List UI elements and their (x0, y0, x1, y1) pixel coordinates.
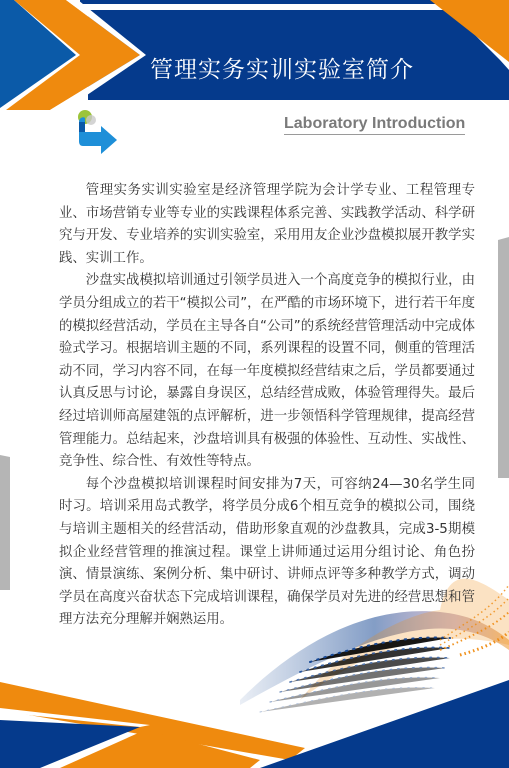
page-title: 管理实务实训实验室简介 (150, 50, 450, 90)
left-gray-bar (0, 455, 10, 590)
paragraph-1: 管理实务实训实验室是经济管理学院为会计学专业、工程管理专业、市场营销专业等专业的… (59, 180, 475, 270)
right-gray-bar (498, 237, 509, 478)
paragraph-3: 每个沙盘模拟培训课程时间安排为7天，可容纳24—30名学生同时习。培训采用岛式教… (59, 474, 475, 632)
arrow-turn-right-logo-icon (75, 108, 123, 156)
paragraph-2: 沙盘实战模拟培训通过引领学员进入一个高度竞争的模拟行业，由学员分组成立的若干“模… (59, 270, 475, 473)
intro-content: 管理实务实训实验室是经济管理学院为会计学专业、工程管理专业、市场营销专业等专业的… (59, 180, 475, 632)
section-subtitle: Laboratory Introduction (284, 115, 465, 135)
